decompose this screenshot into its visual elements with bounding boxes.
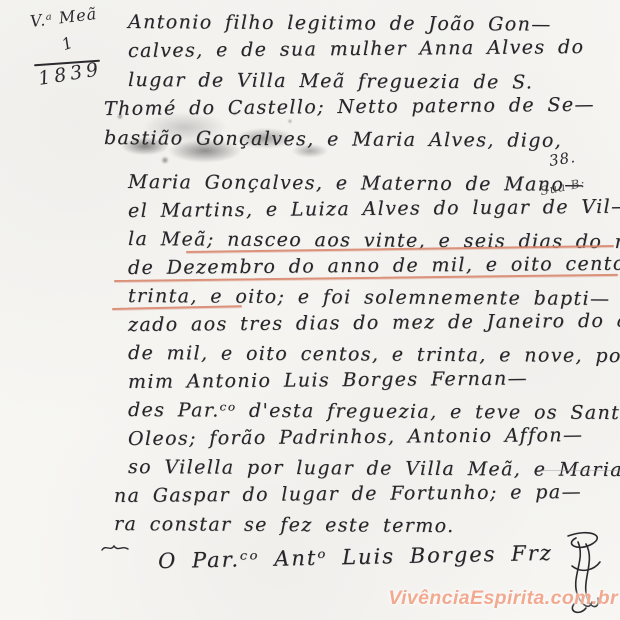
handwritten-line: mim Antonio Luis Borges Fernan—	[128, 363, 614, 396]
handwritten-line: zado aos tres dias do mez de Janeiro do …	[128, 306, 614, 339]
scanned-baptism-record-page: V.ᵃ Meã 1 1839 Antonio filho legitimo de…	[0, 0, 620, 620]
margin-place-label: V.ᵃ Meã	[29, 4, 98, 31]
handwritten-line: calves, e de sua mulher Anna Alves do	[128, 33, 614, 66]
handwritten-line: na Gaspar do lugar de Fortunho; e pa—	[114, 477, 614, 510]
handwritten-line: Thomé do Castello; Netto paterno de Se—	[104, 91, 614, 124]
page-number: 38.	[548, 148, 577, 170]
margin-entry-number: 1	[59, 33, 75, 54]
site-watermark: VivênciaEspirita.com.br	[388, 587, 618, 610]
handwritten-line: Oleos; forão Padrinhos, Antonio Affon—	[128, 420, 614, 453]
stray-ink-mark	[100, 542, 130, 554]
handwritten-line: bastião Gonçalves, e Maria Alves, digo,	[104, 124, 614, 156]
scan-fold-line	[538, 470, 620, 471]
paragraph-1: Antonio filho legitimo de João Gon—calve…	[128, 8, 614, 153]
priest-signature: O Par.ᶜᵒ Antᵒ Luis Borges Frz	[158, 541, 553, 573]
paragraph-2: Maria Gonçalves, e Materno de Mano—el Ma…	[128, 168, 614, 539]
